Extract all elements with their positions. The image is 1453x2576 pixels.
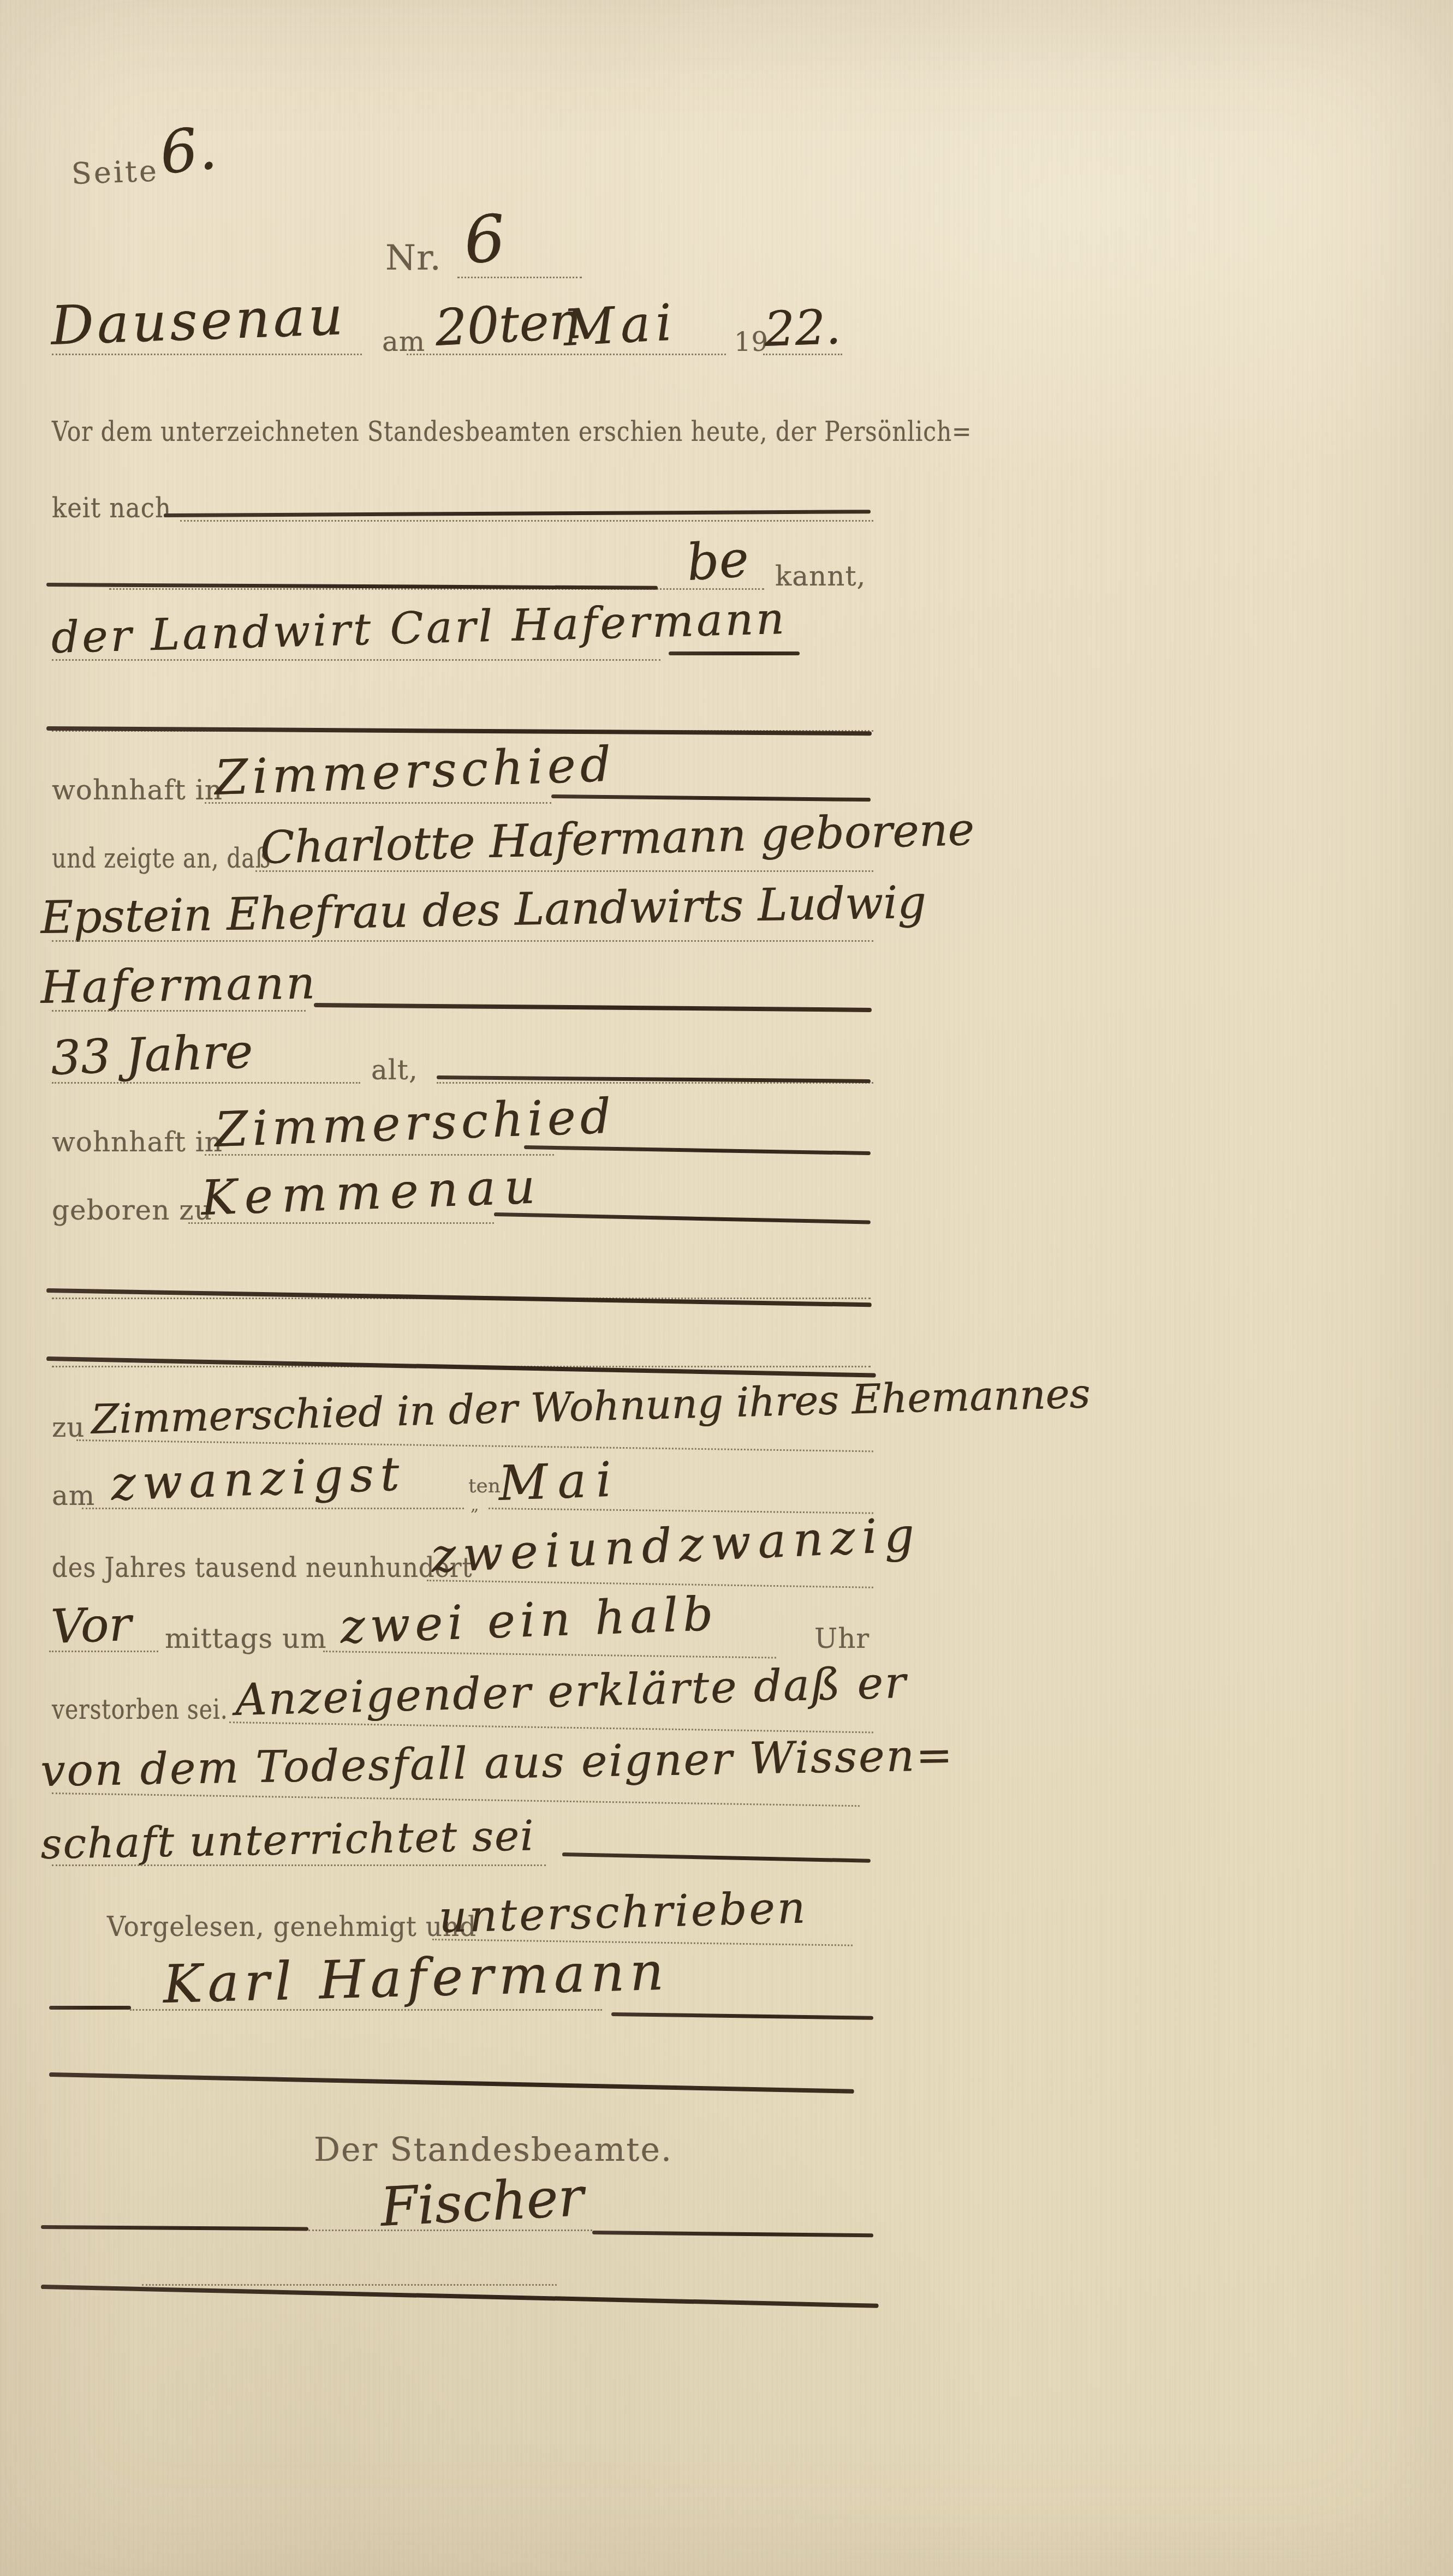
bekannt-prefix-handwritten: be (685, 529, 751, 592)
bekannt-line: be kannt, (0, 531, 1453, 592)
dotted-line (52, 1010, 306, 1012)
death-year-line: des Jahres tausend neunhundert zweiundzw… (0, 1522, 1453, 1583)
ink-strike-line (49, 2006, 131, 2010)
record-number-line: Nr. 6 (0, 196, 1453, 278)
ink-strike-line (551, 794, 871, 802)
unterschrieben-handwritten: unterschrieben (438, 1882, 808, 1943)
mittags-label: mittags um (165, 1623, 327, 1654)
nr-number-handwritten: 6 (461, 200, 508, 278)
death-day-handwritten: zwanzigst (110, 1447, 407, 1511)
verstorben-label: verstorben sei. (52, 1694, 228, 1725)
vorgelesen-label: Vorgelesen, genehmigt und (107, 1911, 477, 1943)
am-label-2: am (52, 1480, 95, 1511)
dotted-line (229, 1722, 873, 1734)
ink-strike-line (41, 2285, 879, 2308)
death-year-handwritten: zweiundzwanzig (430, 1508, 922, 1583)
ink-strike-line (164, 510, 871, 517)
death-place-line: zu Zimmerschied in der Wohnung ihres Ehe… (0, 1382, 1453, 1443)
intro-text-2: keit nach (52, 492, 171, 524)
deceased-details-line-1: Epstein Ehefrau des Landwirts Ludwig (0, 883, 1453, 944)
birthplace-line: geboren zu Kemmenau (0, 1165, 1453, 1226)
registrar-signature-line: Fischer (0, 2173, 1453, 2239)
deceased-details-line-2: Hafermann (0, 953, 1453, 1014)
crossed-blank-line (0, 673, 1453, 734)
death-month-handwritten: Mai (497, 1451, 622, 1511)
am-label: am (382, 326, 425, 357)
statement-handwritten-3: schaft unterrichtet sei (40, 1811, 534, 1868)
year-printed: 19 (734, 327, 769, 357)
death-place-handwritten: Zimmerschied in der Wohnung ihres Eheman… (91, 1370, 1091, 1443)
dotted-line (52, 1792, 860, 1807)
closing-line: Vorgelesen, genehmigt und unterschrieben (0, 1881, 1453, 1943)
dotted-line (407, 354, 726, 355)
ink-strike-line (314, 1003, 872, 1012)
bekannt-suffix-printed: kannt, (775, 560, 866, 592)
alt-label: alt, (371, 1054, 418, 1086)
dotted-line (255, 870, 873, 872)
dotted-line (82, 1508, 464, 1509)
dotted-line (52, 940, 873, 942)
death-time-handwritten: zwei ein halb (340, 1587, 719, 1654)
declarant-line: der Landwirt Carl Hafermann (0, 602, 1453, 663)
wohnhaft-label: wohnhaft in (52, 774, 223, 806)
registrar-title-line: Der Standesbeamte. (0, 2108, 1453, 2169)
registrar-signature: Fischer (379, 2166, 585, 2239)
dotted-line (205, 802, 551, 804)
intro-line-2: keit nach (0, 463, 1453, 524)
day-handwritten: 20ten (433, 291, 582, 357)
notification-line: und zeigte an, daß Charlotte Hafermann g… (0, 813, 1453, 874)
ditto-marks: „ (471, 1496, 479, 1515)
dotted-line (142, 2284, 557, 2286)
ink-strike-line (669, 652, 800, 655)
registrar-title: Der Standesbeamte. (314, 2131, 672, 2169)
ink-strike-line (494, 1212, 871, 1224)
dotted-line (205, 1154, 554, 1156)
ink-strike-line (562, 1852, 871, 1863)
statement-line-3: schaft unterrichtet sei (0, 1807, 1453, 1868)
jahr-label: des Jahres tausend neunhundert (52, 1552, 472, 1583)
birthplace-handwritten: Kemmenau (200, 1158, 544, 1226)
crossed-blank-line (0, 1240, 1453, 1301)
geboren-label: geboren zu (52, 1194, 212, 1226)
place-handwritten: Dausenau (50, 285, 347, 357)
intro-text-1: Vor dem unterzeichneten Standesbeamten e… (52, 416, 972, 447)
statement-handwritten-2: von dem Todesfall aus eigner Wissen= (40, 1730, 954, 1796)
dotted-line (52, 1082, 360, 1084)
uhr-label: Uhr (814, 1623, 870, 1654)
wohnhaft-label-2: wohnhaft in (52, 1126, 223, 1158)
age-handwritten: 33 Jahre (50, 1024, 254, 1086)
zu-label: zu (52, 1412, 85, 1443)
statement-handwritten: Anzeigender erklärte daß er (235, 1657, 908, 1725)
seite-number-handwritten: 6. (157, 114, 220, 188)
dotted-line (188, 1222, 494, 1224)
deceased-statement-line: verstorben sei. Anzeigender erklärte daß… (0, 1664, 1453, 1725)
seite-label: Seite (71, 153, 159, 191)
ink-strike-line (611, 2012, 873, 2020)
ink-strike-line (46, 726, 872, 736)
deceased-name-handwritten: Charlotte Hafermann geborene (260, 804, 975, 874)
ink-strike-line (49, 2072, 854, 2094)
statement-line-2: von dem Todesfall aus eigner Wissen= (0, 1735, 1453, 1796)
ink-strike-line (524, 1145, 871, 1155)
dotted-line (49, 1651, 158, 1652)
anzeige-label: und zeigte an, daß (52, 842, 271, 874)
intro-line-1: Vor dem unterzeichneten Standesbeamten e… (0, 386, 1453, 447)
dotted-line (323, 1651, 776, 1659)
crossed-blank-line (0, 1308, 1453, 1370)
dotted-line (52, 1864, 546, 1866)
ten-suffix-printed: ten (468, 1475, 501, 1497)
ink-strike-line (41, 2225, 308, 2231)
death-day-line: am zwanzigst ten „ Mai (0, 1450, 1453, 1511)
vor-handwritten: Vor (50, 1597, 133, 1654)
dotted-line (763, 354, 842, 355)
declarant-signature: Karl Hafermann (162, 1941, 670, 2015)
death-register-scan-page: Seite 6. Nr. 6 Dausenau am 20ten Mai 19 … (0, 0, 1453, 2576)
page-number-line: Seite 6. (0, 120, 1453, 191)
declarant-signature-line: Karl Hafermann (0, 1950, 1453, 2015)
death-time-line: Vor mittags um zwei ein halb Uhr (0, 1593, 1453, 1654)
dotted-line (52, 354, 362, 355)
deceased-surname-handwritten: Hafermann (40, 957, 317, 1014)
dotted-line (52, 659, 660, 661)
month-handwritten: Mai (562, 293, 678, 357)
date-line: Dausenau am 20ten Mai 19 22. (0, 296, 1453, 357)
crossed-blank-line (0, 2233, 1453, 2294)
crossed-blank-line (0, 2023, 1453, 2084)
age-line: 33 Jahre alt, (0, 1025, 1453, 1086)
residence-line-2: wohnhaft in Zimmerschied (0, 1097, 1453, 1158)
deceased-details-handwritten: Epstein Ehefrau des Landwirts Ludwig (40, 877, 926, 944)
dotted-line (427, 1580, 873, 1588)
nr-label: Nr. (385, 238, 442, 278)
dotted-line (180, 520, 873, 522)
residence-line-1: wohnhaft in Zimmerschied (0, 745, 1453, 806)
year-handwritten: 22. (763, 298, 841, 357)
dotted-line (457, 277, 582, 278)
